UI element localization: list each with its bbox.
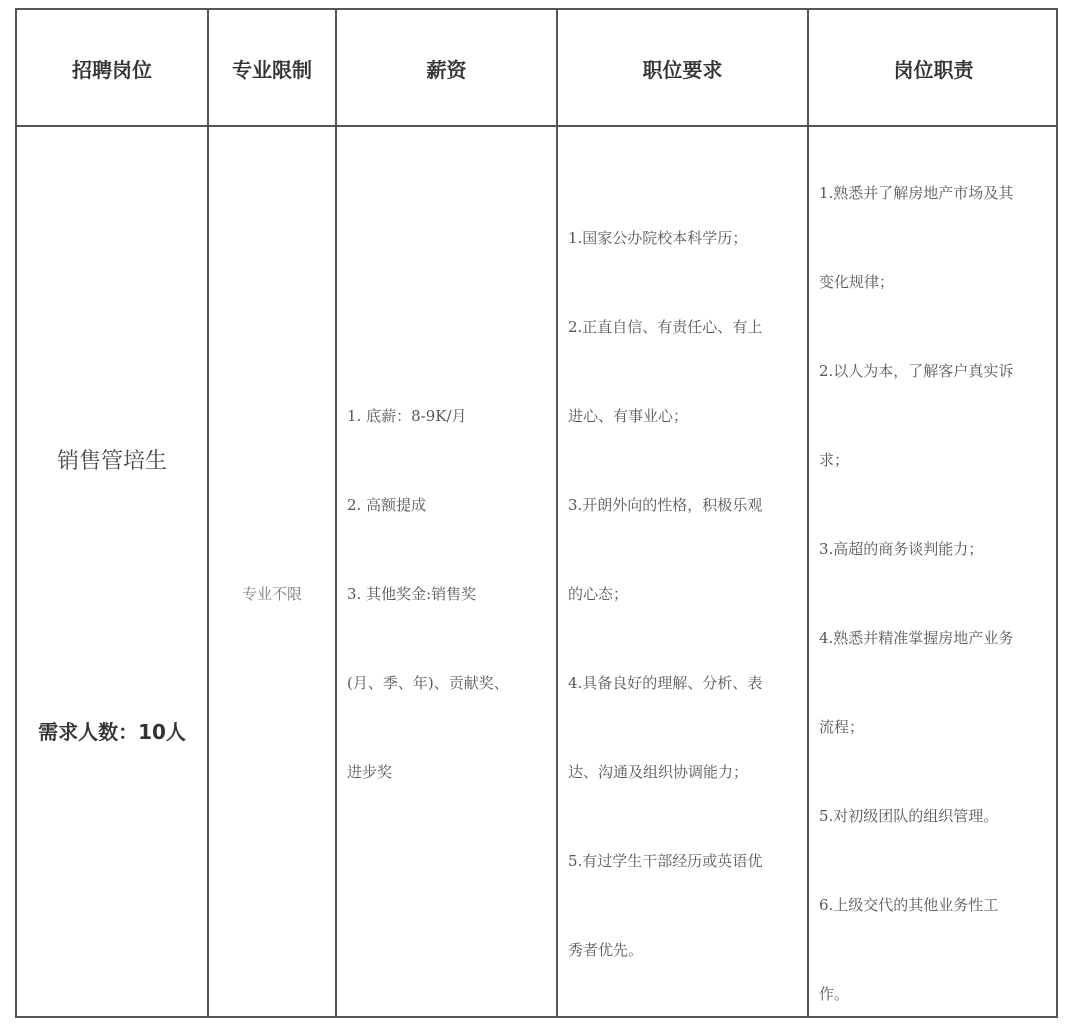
requirement-line: 秀者优先。 bbox=[568, 940, 807, 960]
cell-major: 专业不限 bbox=[209, 128, 335, 1016]
duty-line: 变化规律； bbox=[819, 272, 1058, 292]
position-title: 销售管培生 bbox=[17, 444, 207, 475]
salary-line: 1. 底薪：8-9K/月 bbox=[347, 406, 556, 426]
requirement-line: 4.具备良好的理解、分析、表 bbox=[568, 673, 807, 693]
cell-position: 销售管培生 需求人数：10人 bbox=[17, 128, 207, 1016]
cell-duties: 1.熟悉并了解房地产市场及其 变化规律； 2.以人为本，了解客户真实诉 求； 3… bbox=[819, 128, 1058, 1016]
duty-line: 5.对初级团队的组织管理。 bbox=[819, 806, 1058, 826]
column-divider bbox=[335, 10, 337, 1016]
requirement-line: 达、沟通及组织协调能力； bbox=[568, 762, 807, 782]
header-requirements: 职位要求 bbox=[558, 10, 807, 126]
requirement-line: 3.开朗外向的性格，积极乐观 bbox=[568, 495, 807, 515]
recruitment-table: 招聘岗位 专业限制 薪资 职位要求 岗位职责 销售管培生 需求人数：10人 专业… bbox=[15, 8, 1058, 1018]
salary-line: 进步奖 bbox=[347, 762, 556, 782]
duty-line: 2.以人为本，了解客户真实诉 bbox=[819, 361, 1058, 381]
duty-line: 作。 bbox=[819, 984, 1058, 1004]
salary-line: (月、季、年)、贡献奖、 bbox=[347, 673, 556, 693]
header-duties: 岗位职责 bbox=[809, 10, 1058, 126]
requirement-line: 进心、有事业心； bbox=[568, 406, 807, 426]
duty-line: 6.上级交代的其他业务性工 bbox=[819, 895, 1058, 915]
header-position: 招聘岗位 bbox=[17, 10, 207, 126]
requirement-line: 5.有过学生干部经历或英语优 bbox=[568, 851, 807, 871]
salary-line: 2. 高额提成 bbox=[347, 495, 556, 515]
cell-salary: 1. 底薪：8-9K/月 2. 高额提成 3. 其他奖金:销售奖 (月、季、年)… bbox=[347, 128, 556, 1016]
duty-line: 4.熟悉并精准掌握房地产业务 bbox=[819, 628, 1058, 648]
duty-line: 流程； bbox=[819, 717, 1058, 737]
requirement-line: 2.正直自信、有责任心、有上 bbox=[568, 317, 807, 337]
header-salary: 薪资 bbox=[337, 10, 556, 126]
major-restriction: 专业不限 bbox=[209, 583, 335, 604]
requirement-line: 的心态； bbox=[568, 584, 807, 604]
headcount: 需求人数：10人 bbox=[17, 716, 207, 745]
duty-line: 求； bbox=[819, 450, 1058, 470]
requirement-line: 1.国家公办院校本科学历； bbox=[568, 228, 807, 248]
salary-line: 3. 其他奖金:销售奖 bbox=[347, 584, 556, 604]
duty-line: 3.高超的商务谈判能力； bbox=[819, 539, 1058, 559]
column-divider bbox=[556, 10, 558, 1016]
header-major-restriction: 专业限制 bbox=[209, 10, 335, 126]
duty-line: 1.熟悉并了解房地产市场及其 bbox=[819, 183, 1058, 203]
cell-requirements: 1.国家公办院校本科学历； 2.正直自信、有责任心、有上 进心、有事业心； 3.… bbox=[568, 128, 807, 1016]
column-divider bbox=[807, 10, 809, 1016]
